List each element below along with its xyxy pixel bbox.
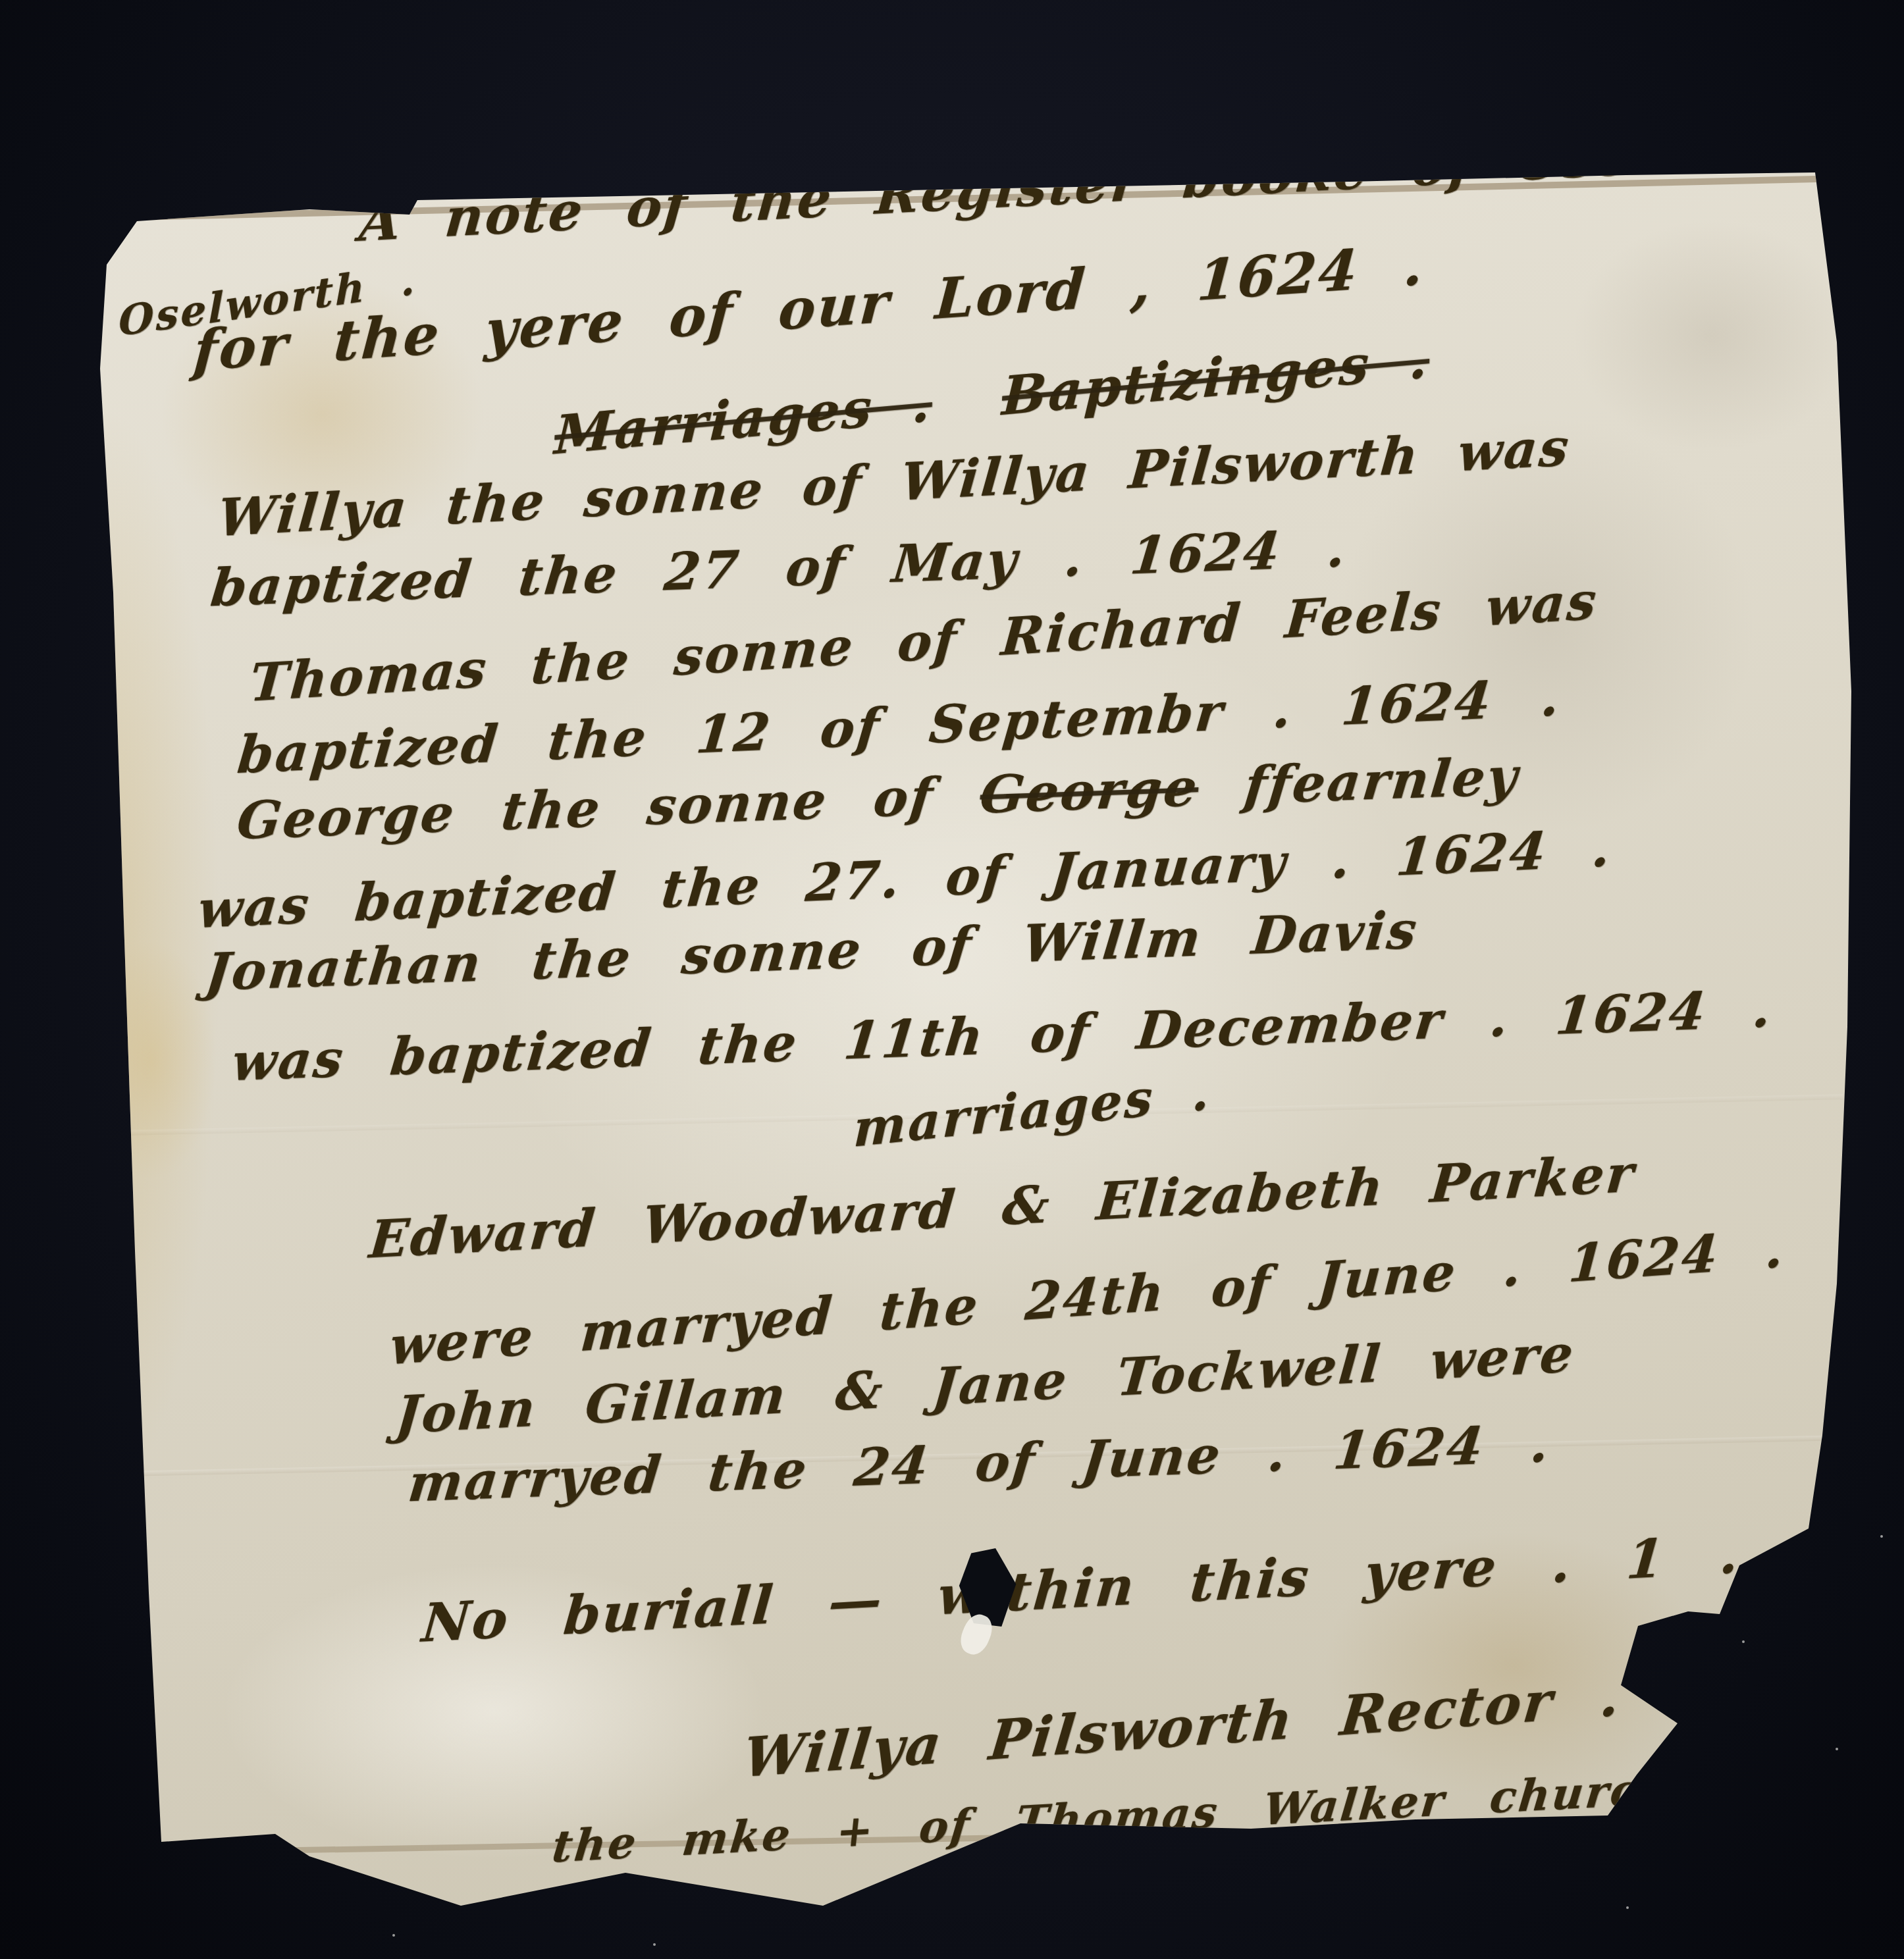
heading-baptizings: Baptizinges .	[1001, 327, 1431, 427]
heading-marriages-struck: Marriages .	[553, 371, 934, 467]
burials-note: No buriall — within this yere . 1 .	[419, 1523, 1743, 1654]
dust-speck	[1626, 1906, 1629, 1909]
baptism-entry-1-line-1: Willya the sonne of Willya Pilsworth was	[215, 417, 1572, 548]
dust-speck	[1880, 1535, 1883, 1538]
baptism-entry-3-text-post: ffearnley	[1196, 746, 1522, 818]
title-line-1: A note of the Register booke of Oselwort…	[357, 114, 1836, 253]
dust-speck	[1836, 1748, 1838, 1750]
baptism-entry-3-struck-name: George	[977, 758, 1202, 825]
baptism-entry-4-line-2: was baptized the 11th of December . 1624…	[229, 979, 1776, 1093]
scan-of-parchment-document: Oselworth . A note of the Register booke…	[0, 0, 1904, 1959]
handwriting-layer: Oselworth . A note of the Register booke…	[0, 0, 1904, 1959]
marriages-heading: marriages .	[853, 1062, 1212, 1159]
dust-speck	[1742, 1640, 1745, 1643]
dust-speck	[653, 1943, 656, 1946]
churchwarden-mark-line: the mke + of Thomas Walker churchwar	[550, 1757, 1769, 1872]
dust-speck	[392, 1934, 395, 1937]
